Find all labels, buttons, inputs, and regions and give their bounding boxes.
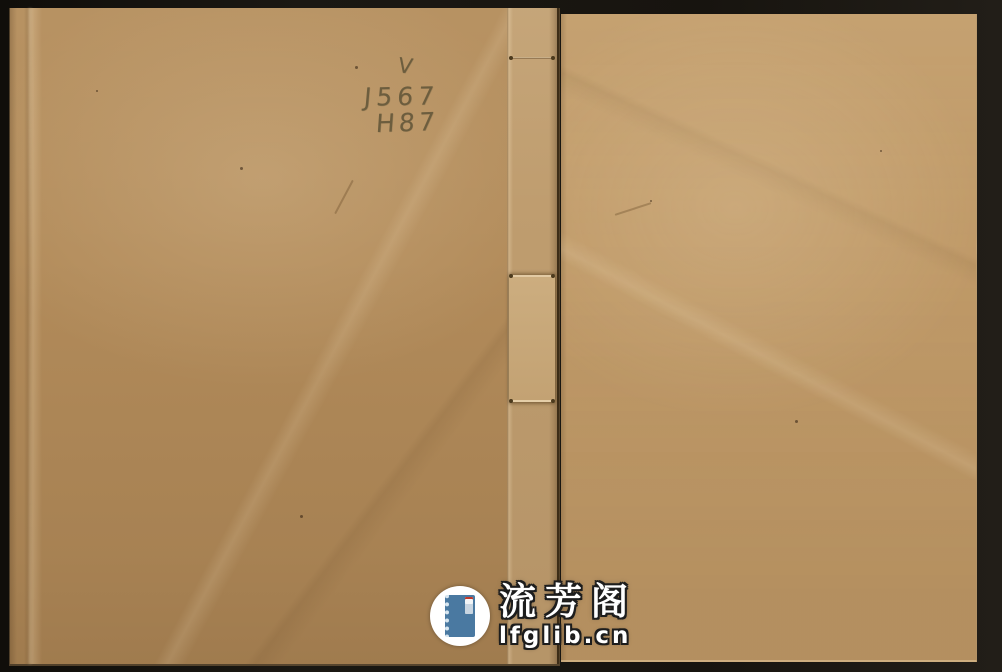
paper-speck xyxy=(355,66,358,69)
watermark-text: 流芳阁 lfglib.cn xyxy=(499,583,637,648)
watermark-badge xyxy=(430,586,490,646)
spine-binding-patch xyxy=(509,275,555,402)
scanned-book-photo: V J567 H87 xyxy=(0,0,1002,672)
paper-speck xyxy=(880,150,882,152)
right-page xyxy=(561,14,977,662)
paper-speck xyxy=(300,515,303,518)
stitch-hole xyxy=(509,274,513,278)
stitched-spine xyxy=(507,8,557,664)
stitch-hole xyxy=(551,56,555,60)
watermark: 流芳阁 lfglib.cn xyxy=(430,583,637,648)
cover-fold-crease xyxy=(28,8,32,664)
paper-speck xyxy=(795,420,798,423)
paper-speck xyxy=(240,167,243,170)
stitch-hole xyxy=(551,399,555,403)
watermark-site-name: 流芳阁 xyxy=(499,583,637,620)
book-title-slip xyxy=(465,597,473,614)
stitch-hole xyxy=(509,56,513,60)
stitch-thread-top xyxy=(510,57,554,59)
watermark-site-url: lfglib.cn xyxy=(499,625,637,648)
paper-speck xyxy=(96,90,98,92)
stitch-hole xyxy=(509,399,513,403)
thread-bound-book-icon xyxy=(445,595,475,637)
call-number-line-3: H87 xyxy=(375,107,440,138)
call-number-line-1: V xyxy=(396,53,415,78)
stitch-hole xyxy=(551,274,555,278)
left-book-cover: V J567 H87 xyxy=(10,8,559,664)
